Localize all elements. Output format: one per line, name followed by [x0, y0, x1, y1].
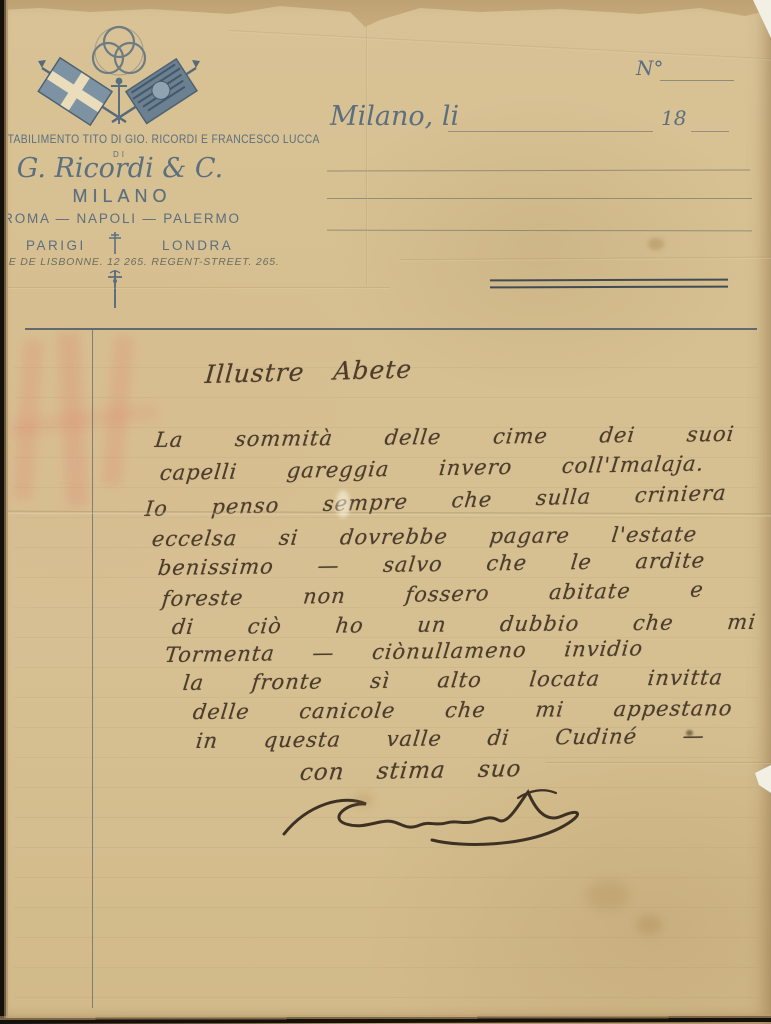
margin-line	[92, 329, 93, 1008]
dateline-century: 18	[661, 106, 686, 130]
body-line: di ciò ho un dubbio che mi	[171, 610, 758, 639]
ruled-line	[327, 230, 752, 232]
fold-crease	[400, 257, 771, 262]
letterhead-branch-paris: PARIGI	[26, 238, 86, 253]
letterhead-address-paris: RUE DE LISBONNE. 12	[0, 256, 120, 268]
letterhead-address-london: 265. REGENT-STREET. 265.	[124, 256, 280, 268]
body-line: eccelsa si dovrebbe pagare l'estate	[151, 522, 699, 551]
number-blank-line	[660, 80, 734, 81]
vertical-crease	[366, 18, 368, 286]
salutation: Illustre Abete	[204, 355, 413, 389]
scanned-letter-page: R. STABILIMENTO TITO DI GIO. RICORDI E F…	[0, 0, 771, 1024]
letterhead-branches-line: ROMA — NAPOLI — PALERMO	[0, 211, 248, 226]
letterhead-branch-london: LONDRA	[162, 238, 233, 253]
scan-corner-top-right	[745, 0, 771, 40]
illegible-signature-flourish-icon	[268, 780, 588, 858]
letterhead-company-name: G. Ricordi & C.	[0, 153, 240, 184]
letterhead-city: MILANO	[0, 186, 244, 207]
ricordi-interlaced-rings-icon	[93, 27, 145, 75]
dagger-ornament-icon	[104, 268, 126, 310]
dateline-blank-line	[448, 131, 653, 132]
letterhead-establishment-line: R. STABILIMENTO TITO DI GIO. RICORDI E F…	[0, 134, 243, 146]
dateline-year-blank-line	[691, 131, 729, 132]
diagonal-crease	[228, 30, 771, 61]
scan-edge-bottom	[0, 1012, 771, 1024]
ruled-line	[327, 198, 752, 199]
letterhead-emblem	[14, 20, 224, 130]
body-line: delle canicole che mi appestano	[192, 696, 734, 724]
double-rule	[490, 279, 728, 289]
dateline-city: Milano, li	[330, 101, 459, 132]
stain	[648, 238, 664, 250]
dagger-ornament-icon	[111, 78, 127, 124]
number-label: N°	[636, 56, 664, 80]
cross-ornament-icon	[106, 230, 124, 256]
ruled-line	[327, 169, 750, 171]
fold-crease	[0, 287, 390, 289]
letterhead-rule	[25, 328, 757, 330]
